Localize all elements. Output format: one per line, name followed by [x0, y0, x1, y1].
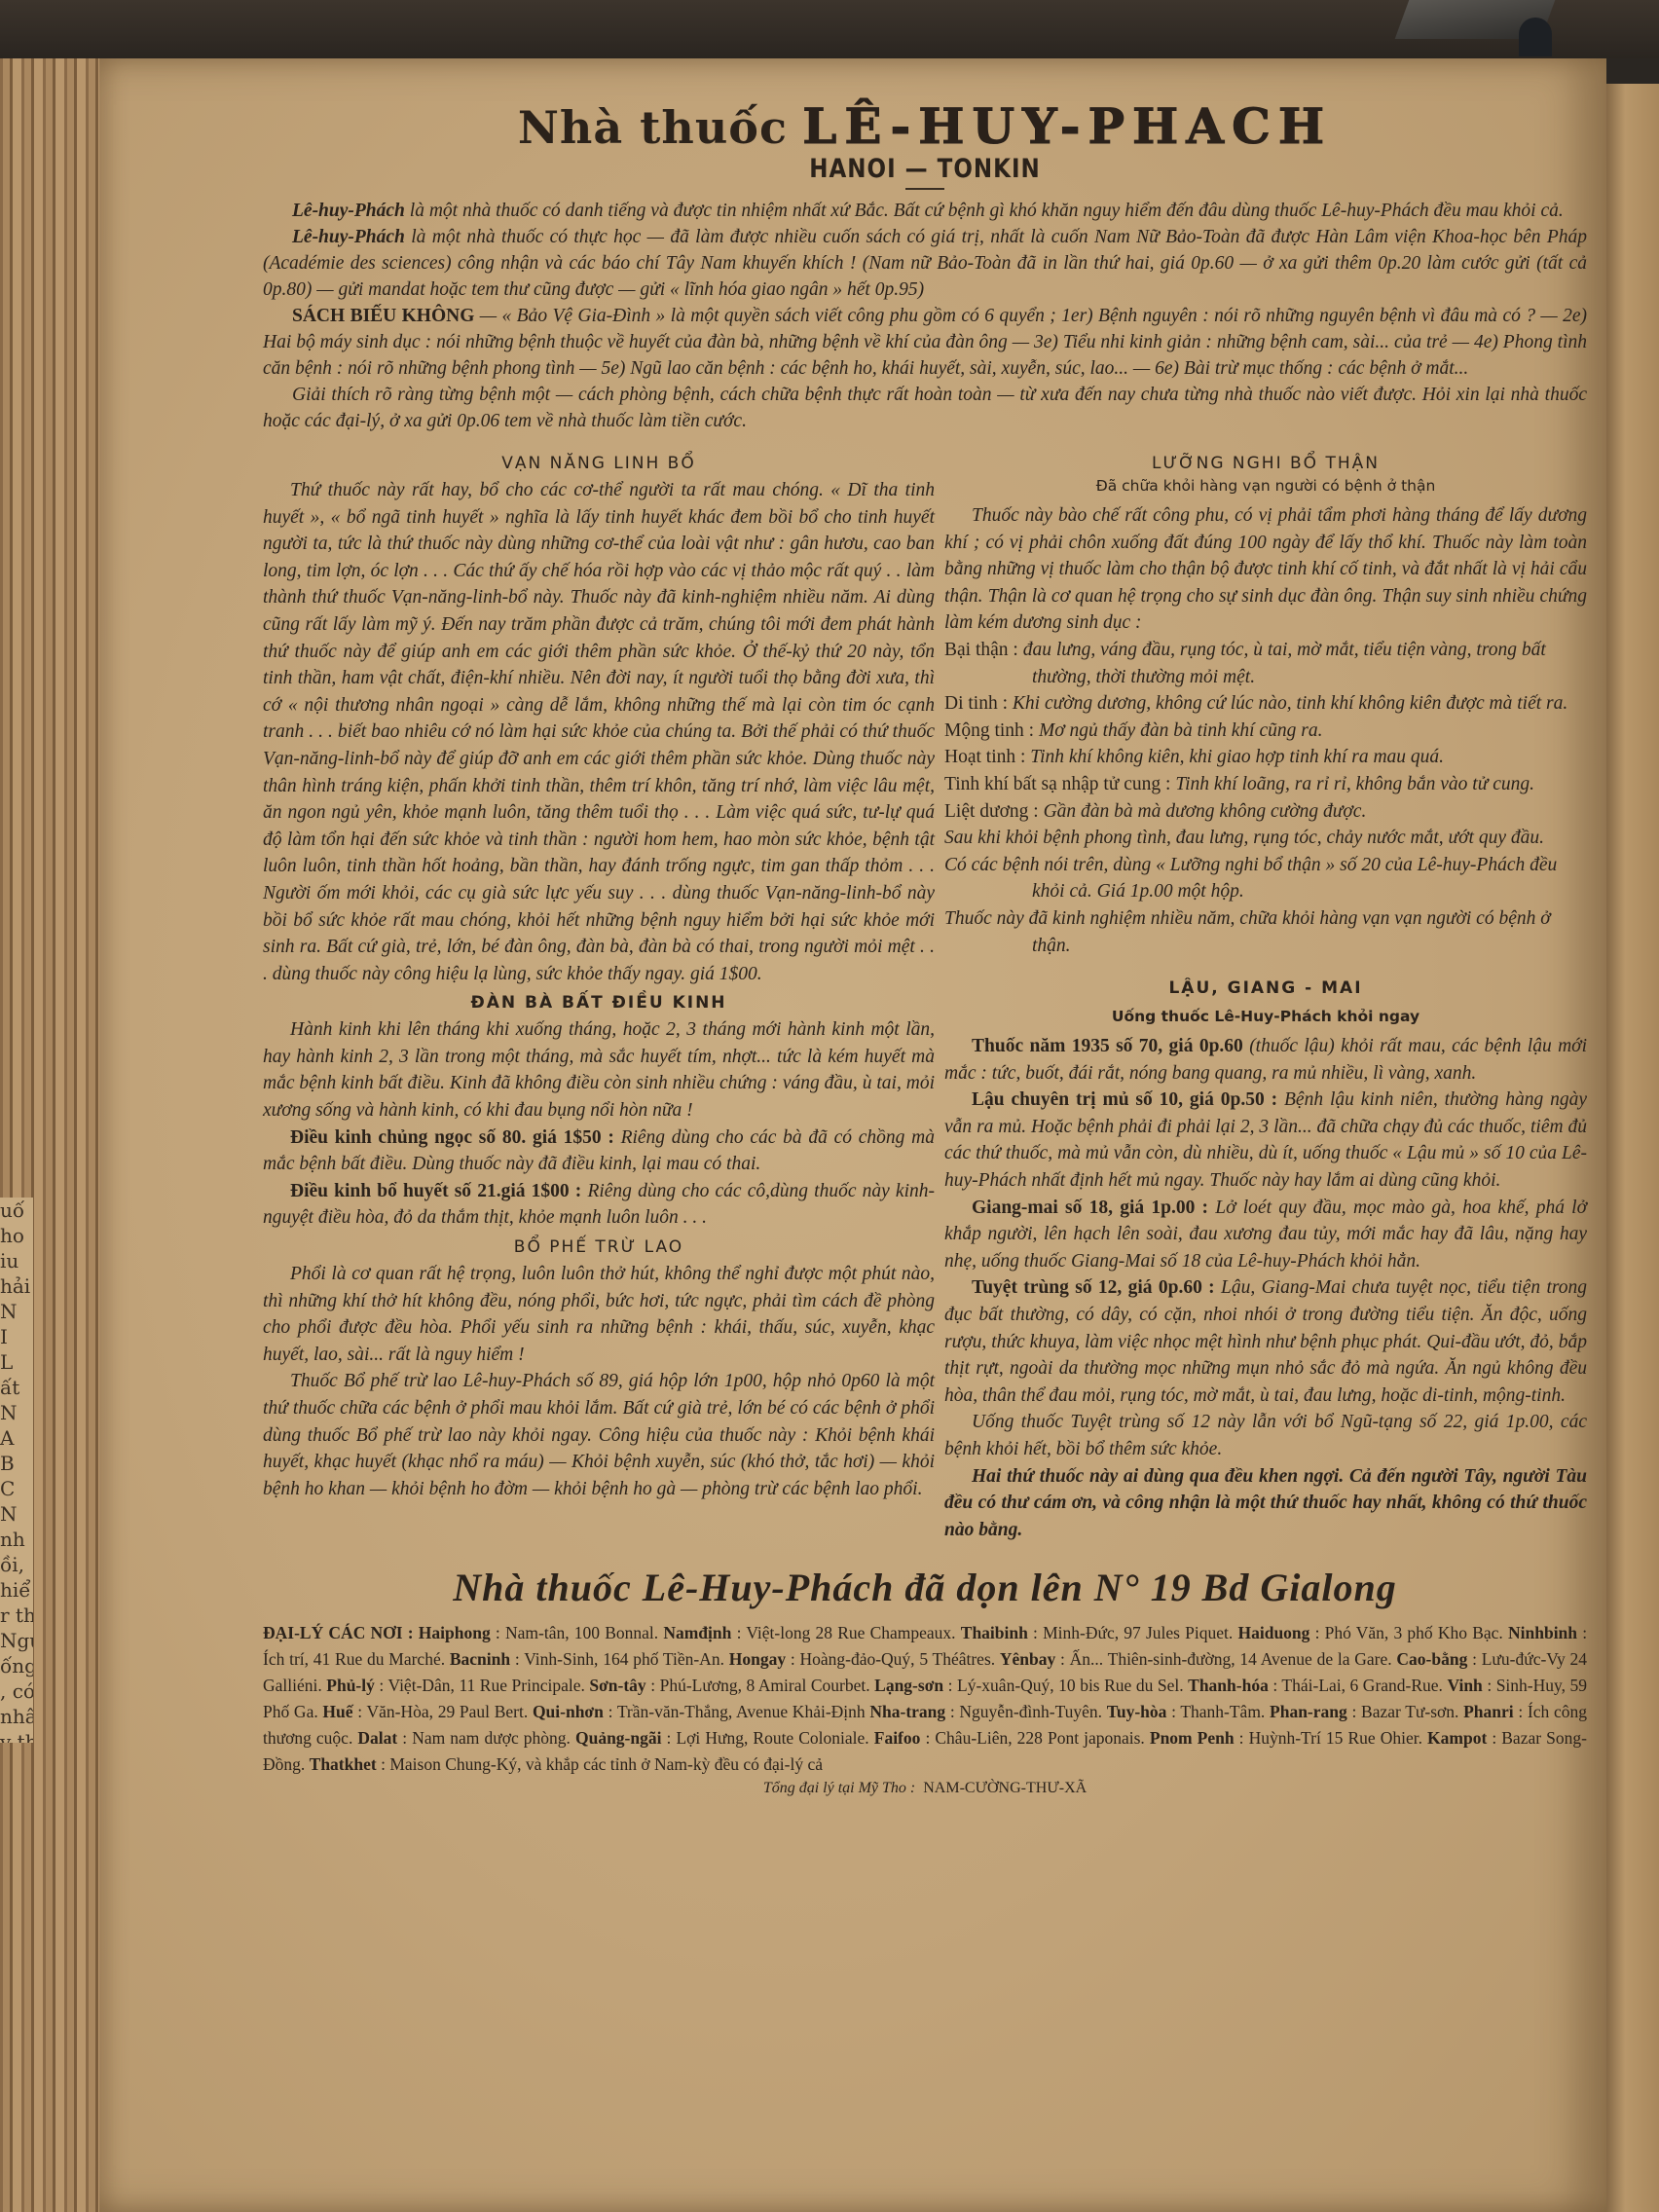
product-entry: Giang-mai số 18, giá 1p.00 : Lở loét quy…	[944, 1195, 1587, 1275]
note: Sau khi khỏi bệnh phong tình, đau lưng, …	[944, 825, 1587, 852]
fragment-text: N	[0, 1400, 33, 1425]
section-title-van-nang: VẠN NĂNG LINH BỔ	[263, 454, 935, 473]
fragment-text: iu	[0, 1248, 33, 1273]
fragment-text: hải	[0, 1273, 33, 1299]
fragment-text: ất	[0, 1375, 33, 1400]
fragment-text: ho	[0, 1223, 33, 1248]
product-name: Thuốc năm 1935 số 70, giá 0p.60	[972, 1036, 1243, 1056]
fragment-text: L	[0, 1349, 33, 1375]
agent-city: Phanri	[1463, 1702, 1514, 1721]
fragment-text: nh	[0, 1527, 33, 1552]
agent-city: Dalat	[357, 1728, 397, 1748]
symptom-item: Bại thận : đau lưng, váng đầu, rụng tóc,…	[944, 637, 1587, 690]
agent-name: Phú-Lương, 8 Amiral Courbet.	[660, 1676, 870, 1695]
agent-entry: Nha-trang : Nguyễn-đình-Tuyên.	[869, 1702, 1106, 1721]
agent-entry: Pnom Penh : Huỳnh-Trí 15 Rue Ohier.	[1150, 1728, 1427, 1748]
agent-entry: Thaibinh : Minh-Đức, 97 Jules Piquet.	[961, 1623, 1238, 1642]
symptom-desc: Gần đàn bà mà dương không cường được.	[1039, 801, 1367, 822]
binder-clip	[1519, 18, 1552, 56]
agent-entry: Yênbay : Ấn... Thiên-sinh-đường, 14 Aven…	[1000, 1649, 1396, 1669]
agent-name: Vinh-Sinh, 164 phố Tiền-An.	[524, 1649, 724, 1669]
product-entry: Tuyệt trùng số 12, giá 0p.60 : Lậu, Gian…	[944, 1274, 1587, 1409]
symptom-desc: Tinh khí loãng, ra rỉ rỉ, không bắn vào …	[1170, 774, 1534, 794]
agent-city: Qui-nhơn	[533, 1702, 604, 1721]
symptom-item: Tinh khí bất sạ nhập tử cung : Tinh khí …	[944, 771, 1587, 798]
left-column: VẠN NĂNG LINH BỔ Thứ thuốc này rất hay, …	[263, 448, 935, 1543]
product-entry: Điều kinh chủng ngọc số 80. giá 1$50 : R…	[263, 1124, 935, 1178]
agent-name: Minh-Đức, 97 Jules Piquet.	[1043, 1623, 1233, 1642]
agent-name: Nam-tân, 100 Bonnal.	[505, 1623, 658, 1642]
fragment-text: nhâ	[0, 1704, 33, 1729]
intro-paragraph: Lê-huy-Phách là một nhà thuốc có thực họ…	[263, 224, 1587, 303]
agent-name: Hoàng-đảo-Quý, 5 Théâtres.	[799, 1649, 995, 1669]
product-name: Tuyệt trùng số 12, giá 0p.60 :	[972, 1277, 1215, 1298]
fragment-text: uố	[0, 1198, 33, 1223]
symptom-term: Mộng tinh :	[944, 720, 1034, 741]
product-entry: Lậu chuyên trị mủ số 10, giá 0p.50 : Bện…	[944, 1087, 1587, 1194]
agent-name: Châu-Liên, 228 Pont japonais.	[935, 1728, 1144, 1748]
symptom-list: Bại thận : đau lưng, váng đầu, rụng tóc,…	[944, 637, 1587, 825]
agent-entry: Hongay : Hoàng-đảo-Quý, 5 Théâtres.	[729, 1649, 1000, 1669]
symptom-desc: Khi cường dương, không cứ lúc nào, tinh …	[1008, 693, 1567, 714]
agent-city: Faifoo	[874, 1728, 921, 1748]
two-column-body: VẠN NĂNG LINH BỔ Thứ thuốc này rất hay, …	[263, 448, 1587, 1543]
symptom-term: Hoạt tinh :	[944, 747, 1025, 767]
product-name: Điều kinh chủng ngọc số 80. giá 1$50 :	[290, 1127, 614, 1148]
agent-city: Hongay	[729, 1649, 786, 1669]
agent-city: Lạng-sơn	[874, 1676, 943, 1695]
agent-entry: Lạng-sơn : Lý-xuân-Quý, 10 bis Rue du Se…	[874, 1676, 1188, 1695]
intro-section: Lê-huy-Phách là một nhà thuốc có danh ti…	[263, 198, 1587, 434]
symptom-item: Hoạt tinh : Tinh khí không kiên, khi gia…	[944, 744, 1587, 771]
previous-page-fragment: uốhoiuhảiNILấtNABCNnhồi,hiểr thNguống, c…	[0, 1198, 33, 1743]
agent-city: Pnom Penh	[1150, 1728, 1235, 1748]
agent-city: Vinh	[1447, 1676, 1482, 1695]
agent-city: Namđịnh	[663, 1623, 731, 1642]
general-agent: Tổng đại lý tại Mỹ Tho : NAM-CƯỜNG-THƯ-X…	[263, 1780, 1587, 1797]
section-body: Thứ thuốc này rất hay, bổ cho các cơ-thể…	[263, 477, 935, 987]
agent-name: Ích trí, 41 Rue du Marché.	[263, 1649, 445, 1669]
agent-entry: Dalat : Nam nam dược phòng.	[357, 1728, 575, 1748]
agent-city: Cao-bằng	[1396, 1649, 1467, 1669]
fragment-text: r th	[0, 1603, 33, 1628]
fragment-text: Ngu	[0, 1628, 33, 1653]
note: Thuốc này đã kinh nghiệm nhiều năm, chữa…	[944, 905, 1587, 959]
agent-entry: Huế : Văn-Hòa, 29 Paul Bert.	[322, 1702, 533, 1721]
agent-entry: Faifoo : Châu-Liên, 228 Pont japonais.	[874, 1728, 1150, 1748]
note: Uống thuốc Tuyệt trùng số 12 này lẫn với…	[944, 1409, 1587, 1462]
agent-name: Phó Văn, 3 phố Kho Bạc.	[1325, 1623, 1503, 1642]
intro-text: Giải thích rõ ràng từng bệnh một — cách …	[263, 385, 1587, 431]
agent-city: Phan-rang	[1270, 1702, 1347, 1721]
symptom-term: Bại thận :	[944, 640, 1018, 660]
agent-city: Phủ-lý	[326, 1676, 375, 1695]
agent-city: Haiduong	[1237, 1623, 1309, 1642]
agent-city: Haiphong	[419, 1623, 491, 1642]
symptom-desc: Tinh khí không kiên, khi giao hợp tinh k…	[1025, 747, 1444, 767]
agent-name: Lý-xuân-Quý, 10 bis Rue du Sel.	[957, 1676, 1184, 1695]
symptom-item: Di tinh : Khi cường dương, không cứ lúc …	[944, 690, 1587, 718]
note: Hai thứ thuốc này ai dùng qua đều khen n…	[944, 1463, 1587, 1544]
newspaper-page: Nhà thuốc LÊ-HUY-PHACH HANOI — TONKIN Lê…	[99, 58, 1606, 2212]
agent-city: Ninhbinh	[1508, 1623, 1577, 1642]
symptom-item: Mộng tinh : Mơ ngủ thấy đàn bà tinh khí …	[944, 718, 1587, 745]
agent-city: Nha-trang	[869, 1702, 945, 1721]
agent-name: Thái-Lai, 6 Grand-Rue.	[1281, 1676, 1443, 1695]
agent-city: Tuy-hòa	[1107, 1702, 1167, 1721]
agent-name: Huỳnh-Trí 15 Rue Ohier.	[1249, 1728, 1422, 1748]
intro-text: là một nhà thuốc có danh tiếng và được t…	[405, 201, 1564, 221]
agent-name: Việt-long 28 Rue Champeaux.	[746, 1623, 955, 1642]
agent-name: Bazar Tư-sơn.	[1361, 1702, 1458, 1721]
agent-entry: Sơn-tây : Phú-Lương, 8 Amiral Courbet.	[589, 1676, 874, 1695]
section-title-luong-nghi: LƯỠNG NGHI BỔ THẬN	[944, 454, 1587, 473]
symptom-desc: đau lưng, váng đầu, rụng tóc, ù tai, mờ …	[1018, 640, 1546, 687]
fragment-text: ồi,	[0, 1552, 33, 1577]
section-body: Hành kinh khi lên tháng khi xuống tháng,…	[263, 1016, 935, 1124]
agent-entry: Thanh-hóa : Thái-Lai, 6 Grand-Rue.	[1188, 1676, 1447, 1695]
agent-name: Lợi Hưng, Route Coloniale.	[676, 1728, 868, 1748]
agent-entry: Namđịnh : Việt-long 28 Rue Champeaux.	[663, 1623, 960, 1642]
agents-tail: và khắp các tỉnh ở Nam-kỳ đều có đại-lý …	[526, 1754, 823, 1774]
agent-entry: Tuy-hòa : Thanh-Tâm.	[1107, 1702, 1270, 1721]
fragment-text: y thi	[0, 1729, 33, 1743]
intro-lead: Lê-huy-Phách	[292, 227, 405, 247]
masthead-name: LÊ-HUY-PHACH	[802, 97, 1332, 155]
product-name: Điều kinh bổ huyết số 21.giá 1$00 :	[290, 1181, 581, 1201]
agent-name: Maison Chung-Ký,	[389, 1754, 521, 1774]
section-body: Thuốc này bào chế rất công phu, có vị ph…	[944, 502, 1587, 637]
section-title-bo-phe: BỔ PHẾ TRỪ LAO	[263, 1237, 935, 1257]
agent-city: Yênbay	[1000, 1649, 1055, 1669]
fragment-text: B	[0, 1451, 33, 1476]
intro-paragraph: Giải thích rõ ràng từng bệnh một — cách …	[263, 382, 1587, 434]
fragment-text: hiể	[0, 1577, 33, 1603]
advertisement: Nhà thuốc LÊ-HUY-PHACH HANOI — TONKIN Lê…	[263, 97, 1587, 1797]
section-body: Thuốc Bổ phế trừ lao Lê-huy-Phách số 89,…	[263, 1368, 935, 1502]
agent-name: Nguyễn-đình-Tuyên.	[959, 1702, 1102, 1721]
fragment-text: ống	[0, 1653, 33, 1678]
section-tagline: Đã chữa khỏi hàng vạn người có bệnh ở th…	[944, 477, 1587, 495]
free-book-label: SÁCH BIẾU KHÔNG	[292, 306, 474, 326]
agent-entry: Haiduong : Phó Văn, 3 phố Kho Bạc.	[1237, 1623, 1508, 1642]
intro-lead: Lê-huy-Phách	[292, 201, 405, 221]
agent-entry: Quảng-ngãi : Lợi Hưng, Route Coloniale.	[575, 1728, 874, 1748]
agent-city: Kampot	[1427, 1728, 1487, 1748]
page-stack-edges	[0, 58, 107, 2212]
agent-city: Sơn-tây	[589, 1676, 645, 1695]
section-title-dan-ba: ĐÀN BÀ BẤT ĐIỀU KINH	[263, 993, 935, 1013]
symptom-term: Liệt dương :	[944, 801, 1039, 822]
agent-name: Ấn... Thiên-sinh-đường, 14 Avenue de la …	[1070, 1649, 1392, 1669]
agent-name: Nam nam dược phòng.	[412, 1728, 571, 1748]
fragment-text: , có	[0, 1678, 33, 1704]
intro-paragraph: Lê-huy-Phách là một nhà thuốc có danh ti…	[263, 198, 1587, 224]
agents-label: ĐẠI-LÝ CÁC NƠI :	[263, 1623, 414, 1642]
agent-entry: Thatkhet : Maison Chung-Ký,	[310, 1754, 526, 1774]
product-entry: Điều kinh bổ huyết số 21.giá 1$00 : Riên…	[263, 1178, 935, 1232]
fragment-text: N	[0, 1501, 33, 1527]
agent-entry: Phan-rang : Bazar Tư-sơn.	[1270, 1702, 1463, 1721]
section-title-lau: LẬU, GIANG - MAI	[944, 978, 1587, 998]
agent-name: Thanh-Tâm.	[1180, 1702, 1265, 1721]
agent-name: Việt-Dân, 11 Rue Principale.	[387, 1676, 584, 1695]
intro-paragraph: SÁCH BIẾU KHÔNG — « Bảo Vệ Gia-Đình » là…	[263, 303, 1587, 382]
agent-city: Thanh-hóa	[1188, 1676, 1269, 1695]
agent-list: ĐẠI-LÝ CÁC NƠI : Haiphong : Nam-tân, 100…	[263, 1620, 1587, 1778]
agent-city: Huế	[322, 1702, 352, 1721]
divider	[905, 188, 944, 190]
relocation-headline: Nhà thuốc Lê-Huy-Phách đã dọn lên N° 19 …	[263, 1565, 1587, 1610]
right-column: LƯỠNG NGHI BỔ THẬN Đã chữa khỏi hàng vạn…	[944, 448, 1587, 1543]
fragment-text: A	[0, 1425, 33, 1451]
next-page-edge	[1603, 84, 1659, 2212]
note: Có các bệnh nói trên, dùng « Lưỡng nghi …	[944, 852, 1587, 905]
fragment-text: C	[0, 1476, 33, 1501]
section-tagline: Uống thuốc Lê-Huy-Phách khỏi ngay	[944, 1008, 1587, 1025]
agent-name: Văn-Hòa, 29 Paul Bert.	[367, 1702, 529, 1721]
fragment-text: N	[0, 1299, 33, 1324]
masthead-prefix: Nhà thuốc	[518, 101, 788, 154]
agent-city: Bacninh	[450, 1649, 510, 1669]
general-agent-label: Tổng đại lý tại Mỹ Tho :	[763, 1780, 915, 1796]
agent-city: Thaibinh	[961, 1623, 1028, 1642]
masthead: Nhà thuốc LÊ-HUY-PHACH	[263, 97, 1587, 155]
product-entry: Thuốc năm 1935 số 70, giá 0p.60 (thuốc l…	[944, 1033, 1587, 1087]
agent-city: Thatkhet	[310, 1754, 377, 1774]
agent-entry: Bacninh : Vinh-Sinh, 164 phố Tiền-An.	[450, 1649, 729, 1669]
section-body: Phổi là cơ quan rất hệ trọng, luôn luôn …	[263, 1261, 935, 1368]
agent-name: Trần-văn-Thắng, Avenue Khải-Định	[617, 1702, 866, 1721]
general-agent-name: NAM-CƯỜNG-THƯ-XÃ	[923, 1780, 1087, 1796]
agent-entry: Haiphong : Nam-tân, 100 Bonnal.	[419, 1623, 664, 1642]
agent-city: Quảng-ngãi	[575, 1728, 662, 1748]
agent-entry: Phủ-lý : Việt-Dân, 11 Rue Principale.	[326, 1676, 589, 1695]
intro-text: là một nhà thuốc có thực học — đã làm đư…	[263, 227, 1587, 300]
symptom-term: Di tinh :	[944, 693, 1008, 714]
product-name: Lậu chuyên trị mủ số 10, giá 0p.50 :	[972, 1089, 1277, 1110]
agent-entry: Qui-nhơn : Trần-văn-Thắng, Avenue Khải-Đ…	[533, 1702, 869, 1721]
product-name: Giang-mai số 18, giá 1p.00 :	[972, 1198, 1208, 1218]
symptom-term: Tinh khí bất sạ nhập tử cung :	[944, 774, 1170, 794]
masthead-location: HANOI — TONKIN	[263, 155, 1587, 184]
symptom-desc: Mơ ngủ thấy đàn bà tinh khí cũng ra.	[1034, 720, 1322, 741]
symptom-item: Liệt dương : Gần đàn bà mà dương không c…	[944, 798, 1587, 826]
fragment-text: I	[0, 1324, 33, 1349]
